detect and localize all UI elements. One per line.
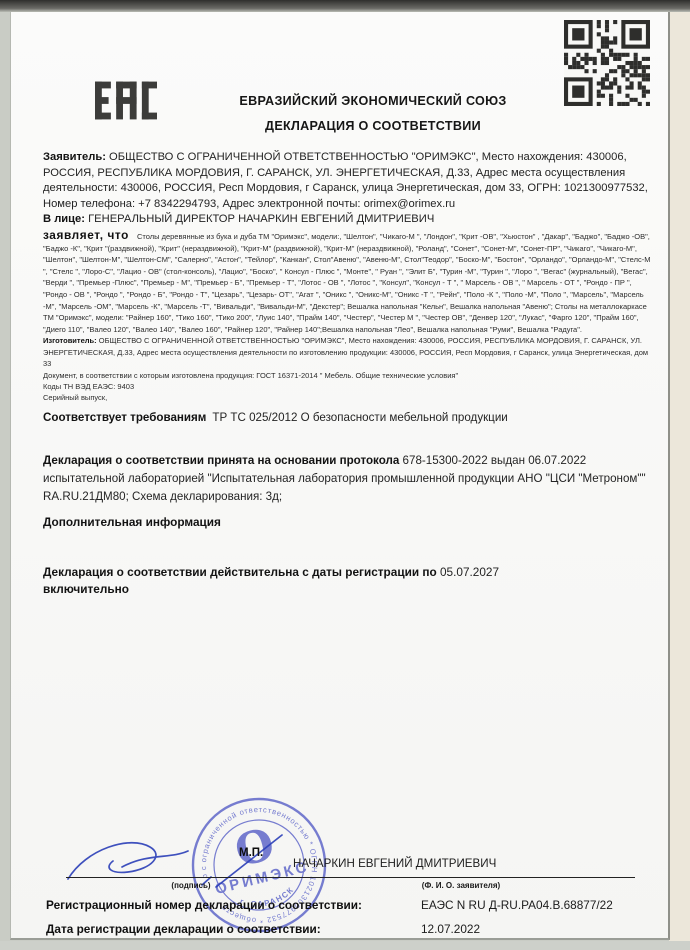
registration-date-label: Дата регистрации декларации о соответств… xyxy=(46,922,321,936)
validity-paragraph: Декларация о соответствии действительна … xyxy=(43,564,651,598)
registration-number-row: Регистрационный номер декларации о соотв… xyxy=(46,898,648,912)
person-paragraph: В лице: ГЕНЕРАЛЬНЫЙ ДИРЕКТОР НАЧАРКИН ЕВ… xyxy=(43,212,651,228)
registration-date-value: 12.07.2022 xyxy=(421,922,480,936)
applicant-fio: НАЧАРКИН ЕВГЕНИЙ ДМИТРИЕВИЧ xyxy=(293,857,496,870)
manufacturer-paragraph: Изготовитель: ОБЩЕСТВО С ОГРАНИЧЕННОЙ ОТ… xyxy=(43,335,651,369)
declares-label: заявляет, что xyxy=(43,228,137,242)
fio-line xyxy=(283,877,635,878)
person-text: ГЕНЕРАЛЬНЫЙ ДИРЕКТОР НАЧАРКИН ЕВГЕНИЙ ДМ… xyxy=(88,213,434,225)
validity-suffix: включительно xyxy=(43,582,129,596)
validity-date: 05.07.2027 xyxy=(440,565,499,579)
stamp-place-label: М.П. xyxy=(239,847,263,859)
manufacturer-text: ОБЩЕСТВО С ОГРАНИЧЕННОЙ ОТВЕТСТВЕННОСТЬЮ… xyxy=(43,336,648,368)
conformity-label: Соответствует требованиям xyxy=(43,411,206,424)
document-body: Заявитель: ОБЩЕСТВО С ОГРАНИЧЕННОЙ ОТВЕТ… xyxy=(43,150,651,598)
products-list: Столы деревянные из бука и дуба ТМ "Орим… xyxy=(43,232,650,334)
scan-margin-bottom xyxy=(0,941,690,950)
document-header: ЕВРАЗИЙСКИЙ ЭКОНОМИЧЕСКИЙ СОЮЗ ДЕКЛАРАЦИ… xyxy=(103,94,643,133)
additional-info-label: Дополнительная информация xyxy=(43,515,651,531)
applicant-paragraph: Заявитель: ОБЩЕСТВО С ОГРАНИЧЕННОЙ ОТВЕТ… xyxy=(43,150,651,212)
manufacturer-label: Изготовитель: xyxy=(43,336,97,345)
document-title: ДЕКЛАРАЦИЯ О СООТВЕТСТВИИ xyxy=(103,119,643,133)
fio-caption: (Ф. И. О. заявителя) xyxy=(381,881,541,890)
registration-number-label: Регистрационный номер декларации о соотв… xyxy=(46,898,362,912)
applicant-text: ОБЩЕСТВО С ОГРАНИЧЕННОЙ ОТВЕТСТВЕННОСТЬЮ… xyxy=(43,151,648,210)
basis-paragraph: Декларация о соответствии принята на осн… xyxy=(43,452,651,506)
additional-info-text: Дополнительная информация xyxy=(43,515,221,529)
registration-date-row: Дата регистрации декларации о соответств… xyxy=(46,922,648,936)
scan-edge-top xyxy=(0,0,690,12)
conformity-text: ТР ТС 025/2012 О безопасности мебельной … xyxy=(206,411,507,424)
applicant-label: Заявитель: xyxy=(43,151,106,163)
signature-line xyxy=(66,877,312,878)
signature-caption: (подпись) xyxy=(131,881,251,890)
declares-paragraph: заявляет, чтоСтолы деревянные из бука и … xyxy=(43,230,651,335)
union-title: ЕВРАЗИЙСКИЙ ЭКОНОМИЧЕСКИЙ СОЮЗ xyxy=(103,94,643,108)
declaration-page: ЕВРАЗИЙСКИЙ ЭКОНОМИЧЕСКИЙ СОЮЗ ДЕКЛАРАЦИ… xyxy=(10,12,670,940)
conformity-paragraph: Соответствует требованиямТР ТС 025/2012 … xyxy=(43,410,651,426)
serial-line: Серийный выпуск, xyxy=(43,392,651,403)
person-label: В лице: xyxy=(43,213,85,225)
gost-line: Документ, в соответствии с которым изгот… xyxy=(43,370,651,381)
handwritten-signature xyxy=(56,827,306,902)
tnved-line: Коды ТН ВЭД ЕАЭС: 9403 xyxy=(43,381,651,392)
basis-label: Декларация о соответствии принята на осн… xyxy=(43,454,399,467)
registration-number-value: ЕАЭС N RU Д-RU.РА04.В.68877/22 xyxy=(421,898,613,912)
validity-label: Декларация о соответствии действительна … xyxy=(43,565,437,579)
scan-margin-right xyxy=(669,0,690,950)
